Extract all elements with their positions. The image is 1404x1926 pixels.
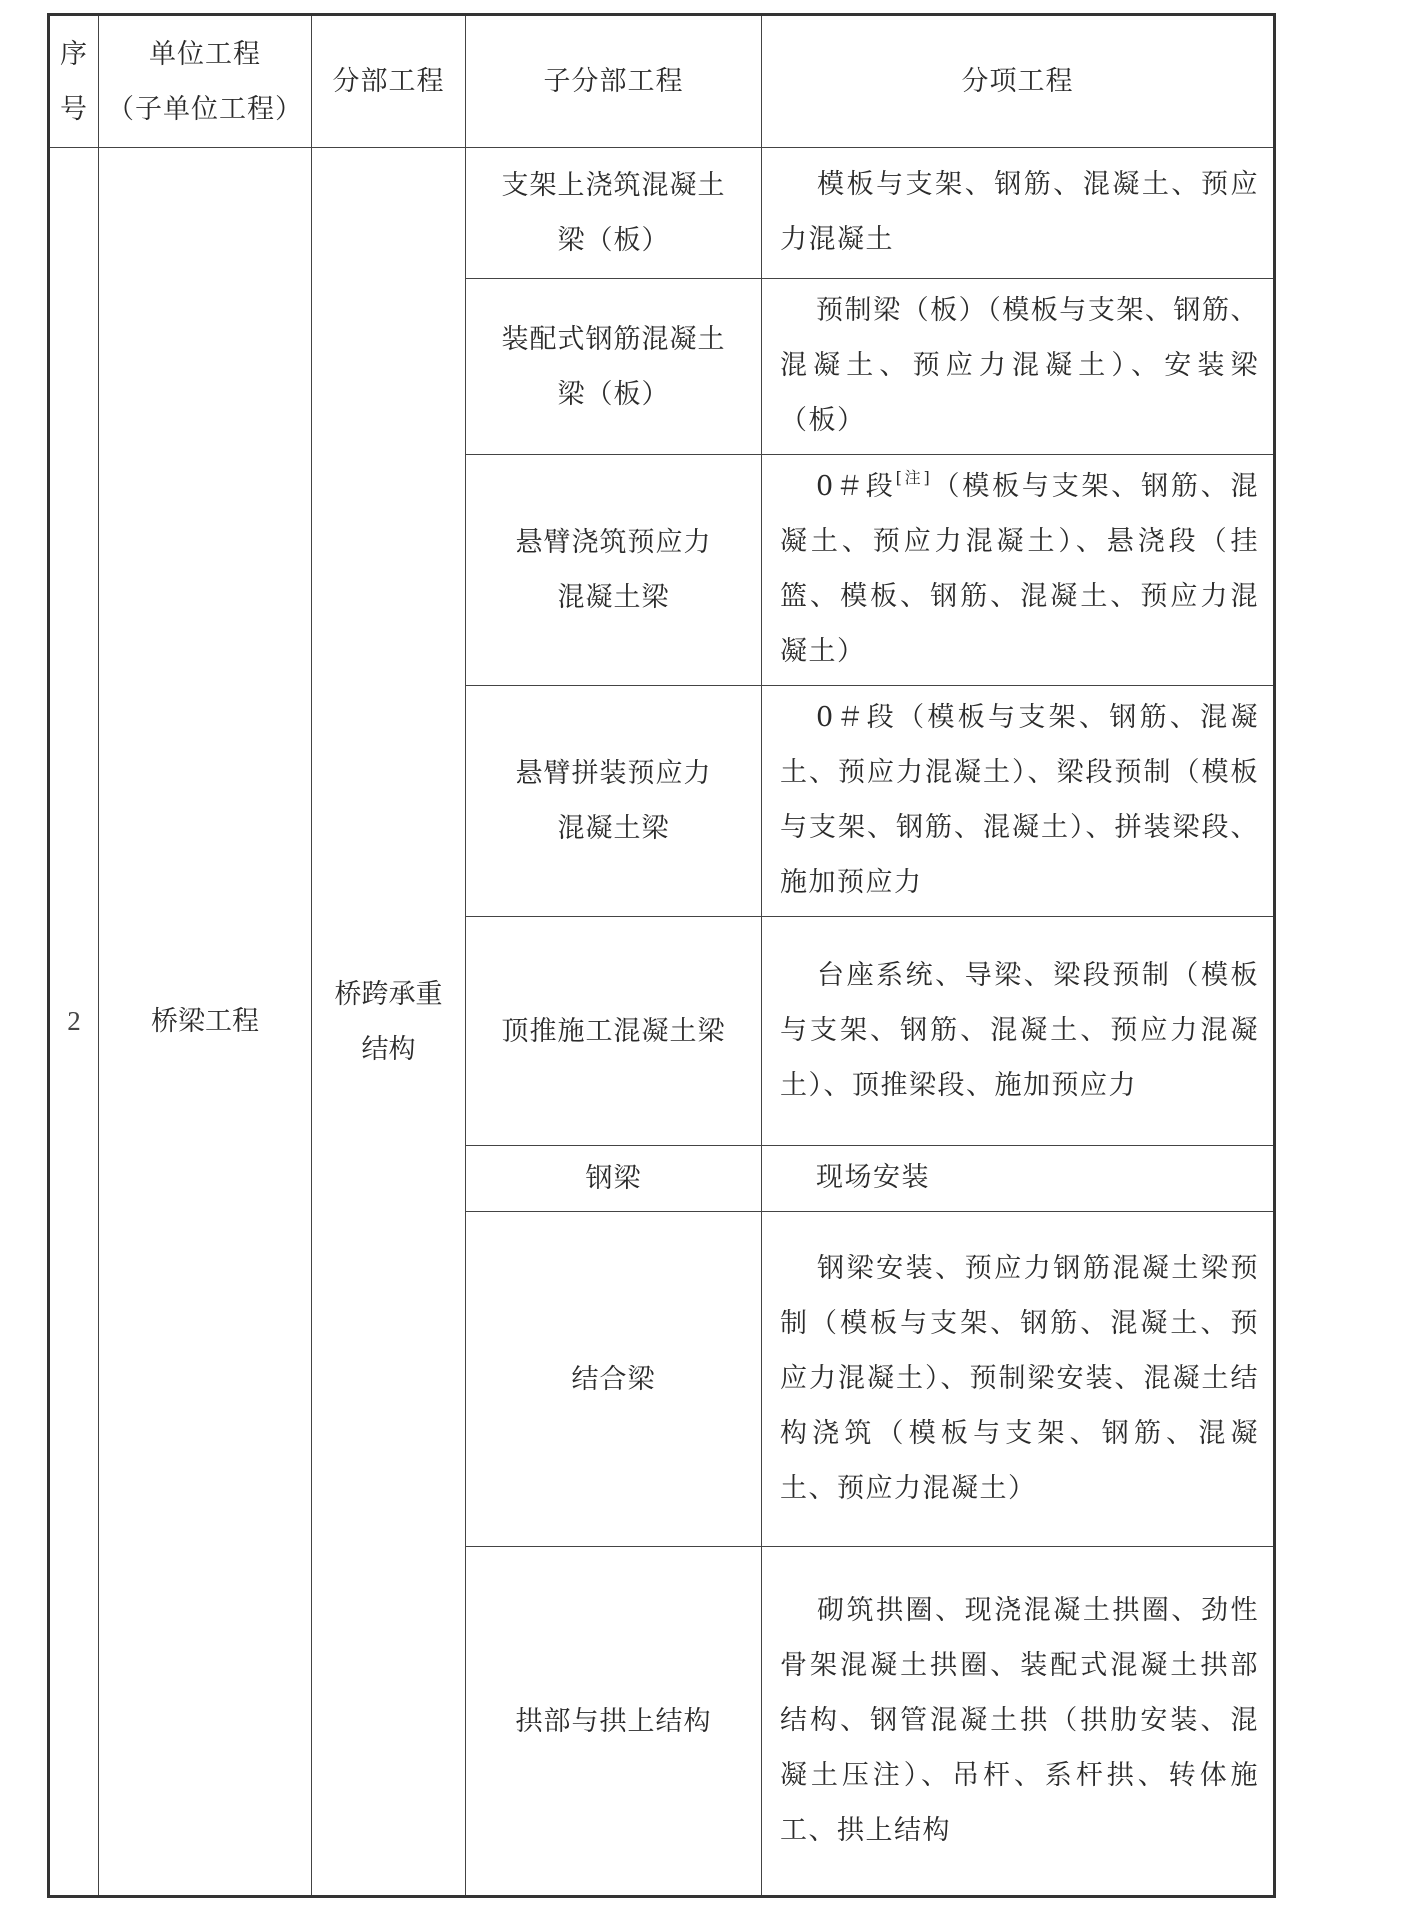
item-cell: 钢梁安装、预应力钢筋混凝土梁预制（模板与支架、钢筋、混凝土、预应力混凝土）、预制…: [762, 1212, 1275, 1547]
sub-part-cell: 悬臂浇筑预应力 混凝土梁: [466, 455, 762, 686]
sub-part-line1: 支架上浇筑混凝土: [502, 170, 726, 201]
item-cell: 0＃段[注]（模板与支架、钢筋、混凝土、预应力混凝土）、悬浇段（挂篮、模板、钢筋…: [762, 455, 1275, 686]
item-text: 台座系统、导梁、梁段预制（模板与支架、钢筋、混凝土、预应力混凝土）、顶推梁段、施…: [780, 960, 1259, 1101]
item-text: 砌筑拱圈、现浇混凝土拱圈、劲性骨架混凝土拱圈、装配式混凝土拱部结构、钢管混凝土拱…: [780, 1595, 1259, 1846]
header-sub-part: 子分部工程: [466, 15, 762, 148]
item-cell: 台座系统、导梁、梁段预制（模板与支架、钢筋、混凝土、预应力混凝土）、顶推梁段、施…: [762, 917, 1275, 1146]
sub-part-line2: 梁（板）: [558, 379, 670, 410]
sub-part-cell: 悬臂拼装预应力 混凝土梁: [466, 686, 762, 917]
sub-part-line2: 混凝土梁: [558, 813, 670, 844]
header-seq-line1: 序: [60, 39, 88, 70]
sub-part-line1: 装配式钢筋混凝土: [502, 324, 726, 355]
item-text: 现场安装: [816, 1162, 930, 1193]
header-seq: 序 号: [49, 15, 99, 148]
item-cell: 预制梁（板）（模板与支架、钢筋、混凝土、预应力混凝土）、安装梁（板）: [762, 279, 1275, 455]
header-unit: 单位工程 （子单位工程）: [99, 15, 312, 148]
sub-part-cell: 结合梁: [466, 1212, 762, 1547]
sub-part-line1: 悬臂浇筑预应力: [516, 527, 712, 558]
header-item: 分项工程: [762, 15, 1275, 148]
part-line1: 桥跨承重: [335, 979, 443, 1010]
unit-cell: 桥梁工程: [99, 148, 312, 1897]
footnote-marker: [注]: [896, 468, 932, 487]
item-text-before-note: 0＃段: [816, 471, 896, 502]
sub-part-cell: 钢梁: [466, 1146, 762, 1212]
table-row: 2 桥梁工程 桥跨承重 结构 支架上浇筑混凝土 梁（板） 模板与支架、钢筋、混凝…: [49, 148, 1275, 279]
header-seq-line2: 号: [60, 94, 88, 125]
sub-part-cell: 支架上浇筑混凝土 梁（板）: [466, 148, 762, 279]
header-part: 分部工程: [312, 15, 466, 148]
seq-cell: 2: [49, 148, 99, 1897]
sub-part-cell: 装配式钢筋混凝土 梁（板）: [466, 279, 762, 455]
header-unit-line2: （子单位工程）: [107, 94, 303, 125]
header-unit-line1: 单位工程: [149, 39, 261, 70]
item-cell: 模板与支架、钢筋、混凝土、预应力混凝土: [762, 148, 1275, 279]
item-text: 预制梁（板）（模板与支架、钢筋、混凝土、预应力混凝土）、安装梁（板）: [780, 295, 1259, 436]
item-text: 0＃段（模板与支架、钢筋、混凝土、预应力混凝土）、梁段预制（模板与支架、钢筋、混…: [780, 702, 1259, 898]
sub-part-line2: 梁（板）: [558, 225, 670, 256]
item-cell: 砌筑拱圈、现浇混凝土拱圈、劲性骨架混凝土拱圈、装配式混凝土拱部结构、钢管混凝土拱…: [762, 1547, 1275, 1897]
item-text: 钢梁安装、预应力钢筋混凝土梁预制（模板与支架、钢筋、混凝土、预应力混凝土）、预制…: [780, 1253, 1259, 1504]
item-text: 模板与支架、钢筋、混凝土、预应力混凝土: [780, 169, 1259, 255]
sub-part-cell: 拱部与拱上结构: [466, 1547, 762, 1897]
sub-part-line2: 混凝土梁: [558, 582, 670, 613]
part-cell: 桥跨承重 结构: [312, 148, 466, 1897]
item-cell: 现场安装: [762, 1146, 1275, 1212]
sub-part-cell: 顶推施工混凝土梁: [466, 917, 762, 1146]
engineering-division-table: 序 号 单位工程 （子单位工程） 分部工程 子分部工程 分项工程 2 桥梁工程 …: [47, 13, 1276, 1898]
sub-part-line1: 悬臂拼装预应力: [516, 758, 712, 789]
table-header-row: 序 号 单位工程 （子单位工程） 分部工程 子分部工程 分项工程: [49, 15, 1275, 148]
part-line2: 结构: [362, 1034, 416, 1065]
item-cell: 0＃段（模板与支架、钢筋、混凝土、预应力混凝土）、梁段预制（模板与支架、钢筋、混…: [762, 686, 1275, 917]
